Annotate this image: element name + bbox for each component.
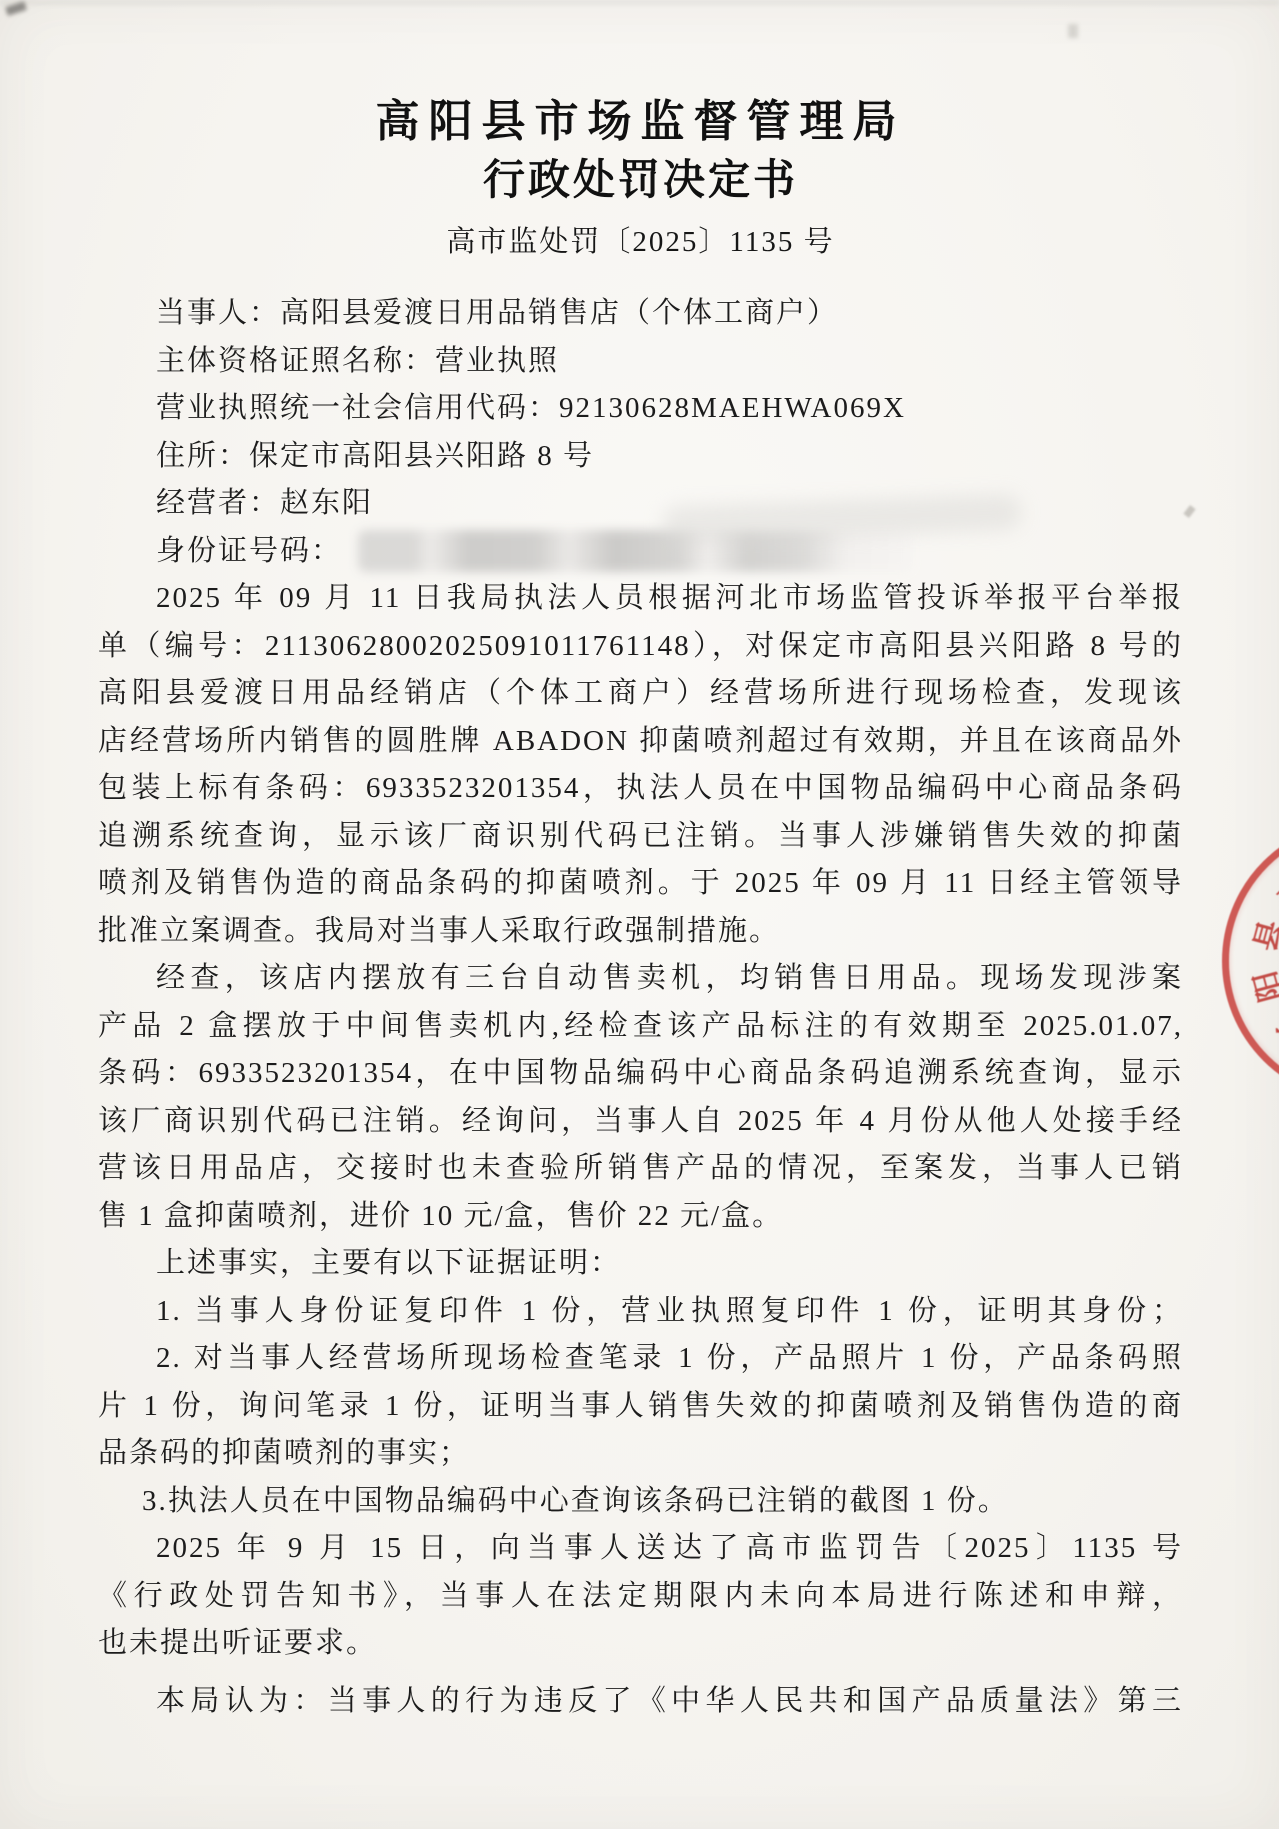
- redacted-id-number: [358, 530, 913, 572]
- body-line: 也未提出听证要求。: [98, 1620, 1183, 1668]
- scan-artifact: [1183, 505, 1195, 518]
- body-line: 单（编号：21130628002025091011761148），对保定市高阳县…: [98, 623, 1183, 671]
- body-line: 条码：6933523201354，在中国物品编码中心商品条码追溯系统查询，显示: [98, 1050, 1183, 1098]
- body-line: 批准立案调查。我局对当事人采取行政强制措施。: [98, 908, 1183, 956]
- evidence-intro-line: 上述事实，主要有以下证据证明：: [98, 1240, 1183, 1288]
- body-line: 本局认为：当事人的行为违反了《中华人民共和国产品质量法》第三: [98, 1678, 1183, 1726]
- seal-char: 县: [1250, 916, 1279, 955]
- body-line: 2025 年 09 月 11 日我局执法人员根据河北市场监管投诉举报平台举报: [98, 575, 1183, 623]
- evidence-item-line: 片 1 份，询问笔录 1 份，证明当事人销售失效的抑菌喷剂及销售伪造的商: [98, 1383, 1183, 1431]
- body-line: 售 1 盒抑菌喷剂，进价 10 元/盒，售价 22 元/盒。: [98, 1193, 1183, 1241]
- seal-char: 高: [1272, 1007, 1279, 1052]
- body-line: 追溯系统查询，显示该厂商识别代码已注销。当事人涉嫌销售失效的抑菌: [98, 813, 1183, 861]
- evidence-item-line: 3.执法人员在中国物品编码中心查询该条码已注销的截图 1 份。: [98, 1478, 1183, 1526]
- body-line: 营该日用品店，交接时也未查验所销售产品的情况，至案发，当事人已销: [98, 1145, 1183, 1193]
- evidence-item-line: 1. 当事人身份证复印件 1 份，营业执照复印件 1 份，证明其身份；: [98, 1288, 1183, 1336]
- credit-code-line: 营业执照统一社会信用代码：92130628MAEHWA069X: [98, 385, 1183, 433]
- body-line: 2025 年 9 月 15 日，向当事人送达了高市监罚告〔2025〕1135 号: [98, 1525, 1183, 1573]
- body-line: 该厂商识别代码已注销。经询问，当事人自 2025 年 4 月份从他人处接手经: [98, 1098, 1183, 1146]
- document-number: 高市监处罚〔2025〕1135 号: [98, 222, 1183, 262]
- id-number-line: 身份证号码：: [98, 528, 1183, 576]
- body-line: 《行政处罚告知书》，当事人在法定期限内未向本局进行陈述和申辩，: [98, 1573, 1183, 1621]
- id-label: 身份证号码：: [156, 528, 342, 576]
- body-line: 产品 2 盒摆放于中间售卖机内,经检查该产品标注的有效期至 2025.01.07…: [98, 1003, 1183, 1051]
- seal-char: 市: [1272, 870, 1279, 915]
- address-line: 住所：保定市高阳县兴阳路 8 号: [98, 433, 1183, 481]
- body-line: 高阳县爱渡日用品经销店（个体工商户）经营场所进行现场检查，发现该: [98, 670, 1183, 718]
- body-line: 店经营场所内销售的圆胜牌 ABADON 抑菌喷剂超过有效期，并且在该商品外: [98, 718, 1183, 766]
- body-line: 包装上标有条码：6933523201354，执法人员在中国物品编码中心商品条码: [98, 765, 1183, 813]
- body-line: 喷剂及销售伪造的商品条码的抑菌喷剂。于 2025 年 09 月 11 日经主管领…: [98, 860, 1183, 908]
- license-type-line: 主体资格证照名称：营业执照: [98, 338, 1183, 386]
- evidence-item-line: 品条码的抑菌喷剂的事实；: [98, 1430, 1183, 1478]
- seal-char: 阳: [1250, 967, 1279, 1006]
- evidence-item-line: 2. 对当事人经营场所现场检查笔录 1 份，产品照片 1 份，产品条码照: [98, 1335, 1183, 1383]
- agency-title: 高阳县市场监督管理局: [98, 92, 1183, 152]
- scanned-document-page: 高阳县市场监督管理局 行政处罚决定书 高市监处罚〔2025〕1135 号 当事人…: [0, 0, 1279, 1829]
- document-content: 高阳县市场监督管理局 行政处罚决定书 高市监处罚〔2025〕1135 号 当事人…: [98, 92, 1183, 1725]
- scan-edge-shadow: [0, 0, 1279, 5]
- document-type-title: 行政处罚决定书: [98, 152, 1183, 210]
- party-line: 当事人：高阳县爱渡日用品销售店（个体工商户）: [98, 290, 1183, 338]
- body-line: 经查，该店内摆放有三台自动售卖机，均销售日用品。现场发现涉案: [98, 955, 1183, 1003]
- scan-artifact: [1068, 24, 1078, 38]
- operator-line: 经营者：赵东阳: [98, 480, 1183, 528]
- official-seal: 高 阳 县 市 场 监 督 管 理 局: [1222, 820, 1279, 1102]
